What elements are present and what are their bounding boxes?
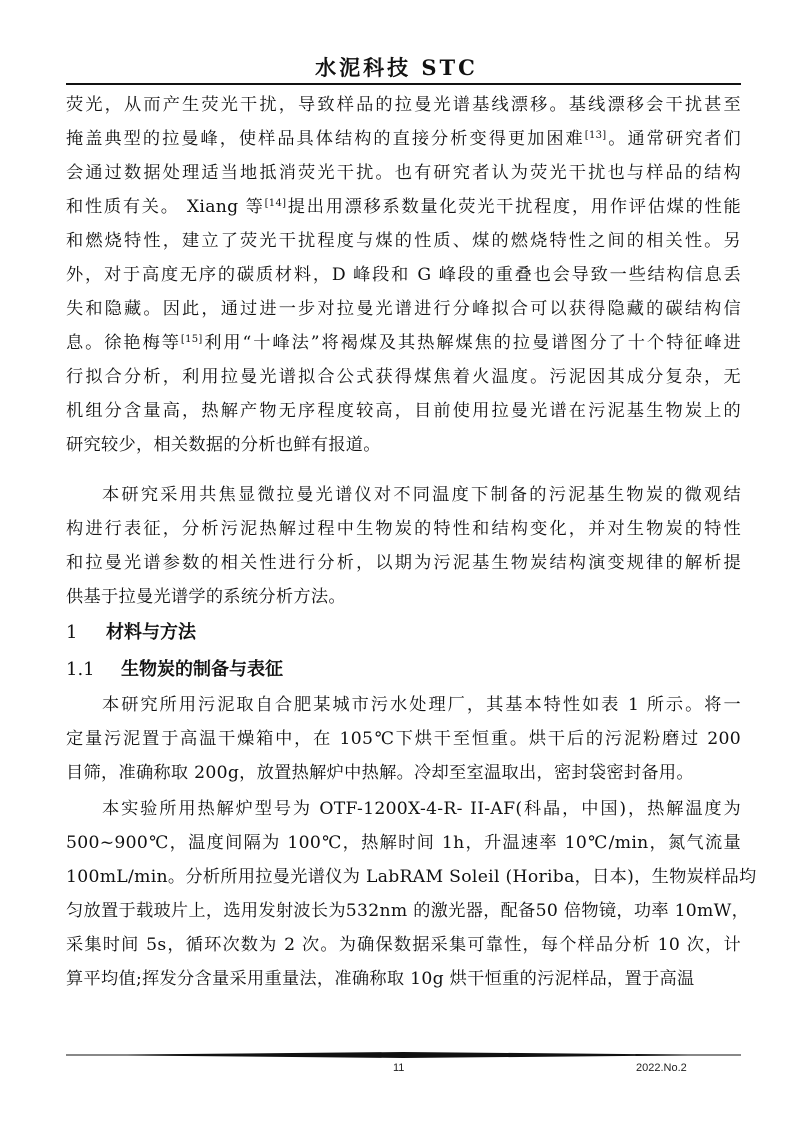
page-number: 11 bbox=[393, 1062, 404, 1074]
text-line: 采集时间 5s，循环次数为 2 次。为确保数据采集可靠性，每个样品分析 10 次… bbox=[66, 928, 741, 962]
citation-ref: [15] bbox=[181, 334, 203, 345]
subsection-title: 生物炭的制备与表征 bbox=[121, 659, 283, 680]
paragraph-gap bbox=[66, 462, 741, 478]
paragraph-fluorescence: 荧光，从而产生荧光干扰，导致样品的拉曼光谱基线漂移。基线漂移会干扰甚至掩盖典型的… bbox=[66, 88, 741, 462]
text-line: 定量污泥置于高温干燥箱中，在 105℃下烘干至恒重。烘干后的污泥粉磨过 200 bbox=[66, 722, 741, 756]
footer-rule bbox=[66, 1052, 741, 1058]
text-line: 算平均值;挥发分含量采用重量法，准确称取 10g 烘干恒重的污泥样品，置于高温 bbox=[66, 962, 741, 996]
text-line: 荧光，从而产生荧光干扰，导致样品的拉曼光谱基线漂移。基线漂移会干扰甚至 bbox=[66, 88, 741, 122]
text-line: 会通过数据处理适当地抵消荧光干扰。也有研究者认为荧光干扰也与样品的结构 bbox=[66, 156, 741, 190]
section-number: 1 bbox=[66, 614, 106, 651]
text-line: 和拉曼光谱参数的相关性进行分析，以期为污泥基生物炭结构演变规律的解析提 bbox=[66, 546, 741, 580]
text-line: 失和隐藏。因此，通过进一步对拉曼光谱进行分峰拟合可以获得隐藏的碳结构信 bbox=[66, 292, 741, 326]
text-line: 构进行表征，分析污泥热解过程中生物炭的特性和结构变化，并对生物炭的特性 bbox=[66, 512, 741, 546]
text-line: 掩盖典型的拉曼峰，使样品具体结构的直接分析变得更加困难[13]。通常研究者们 bbox=[66, 122, 741, 156]
citation-ref: [13] bbox=[585, 130, 607, 141]
paragraph-sludge-source: 本研究所用污泥取自合肥某城市污水处理厂，其基本特性如表 1 所示。将一定量污泥置… bbox=[66, 688, 741, 790]
text-line: 和燃烧特性，建立了荧光干扰程度与煤的性质、煤的燃烧特性之间的相关性。另 bbox=[66, 224, 741, 258]
text-line: 本实验所用热解炉型号为 OTF-1200X-4-R- II-AF(科晶，中国)，… bbox=[66, 792, 741, 826]
issue-label: 2022.No.2 bbox=[636, 1062, 687, 1074]
subsection-number: 1.1 bbox=[66, 651, 121, 688]
text-line: 机组分含量高，热解产物无序程度较高，目前使用拉曼光谱在污泥基生物炭上的 bbox=[66, 394, 741, 428]
header-rule bbox=[66, 83, 741, 85]
section-title: 材料与方法 bbox=[106, 622, 196, 643]
text-line: 和性质有关。 Xiang 等[14]提出用漂移系数量化荧光干扰程度，用作评估煤的… bbox=[66, 190, 741, 224]
text-line: 目筛，准确称取 200g，放置热解炉中热解。冷却至室温取出，密封袋密封备用。 bbox=[66, 756, 741, 790]
text-line: 外，对于高度无序的碳质材料，D 峰段和 G 峰段的重叠也会导致一些结构信息丢 bbox=[66, 258, 741, 292]
paragraph-study-aim: 本研究采用共焦显微拉曼光谱仪对不同温度下制备的污泥基生物炭的微观结构进行表征，分… bbox=[66, 478, 741, 614]
text-line: 本研究采用共焦显微拉曼光谱仪对不同温度下制备的污泥基生物炭的微观结 bbox=[66, 478, 741, 512]
paragraph-experiment-setup: 本实验所用热解炉型号为 OTF-1200X-4-R- II-AF(科晶，中国)，… bbox=[66, 792, 741, 996]
section-heading-1: 1材料与方法 bbox=[66, 614, 741, 651]
section-heading-1-1: 1.1生物炭的制备与表征 bbox=[66, 651, 741, 688]
text-line: 息。徐艳梅等[15]利用“十峰法”将褐煤及其热解煤焦的拉曼谱图分了十个特征峰进 bbox=[66, 326, 741, 360]
article-body: 荧光，从而产生荧光干扰，导致样品的拉曼光谱基线漂移。基线漂移会干扰甚至掩盖典型的… bbox=[66, 88, 741, 996]
text-line: 500~900℃，温度间隔为 100℃，热解时间 1h，升温速率 10℃/min… bbox=[66, 826, 741, 860]
text-line: 供基于拉曼光谱学的系统分析方法。 bbox=[66, 580, 741, 614]
citation-ref: [14] bbox=[265, 198, 287, 209]
text-line: 行拟合分析，利用拉曼光谱拟合公式获得煤焦着火温度。污泥因其成分复杂，无 bbox=[66, 360, 741, 394]
text-line: 匀放置于载玻片上，选用发射波长为532nm 的激光器，配备50 倍物镜，功率 1… bbox=[66, 894, 741, 928]
text-line: 本研究所用污泥取自合肥某城市污水处理厂，其基本特性如表 1 所示。将一 bbox=[66, 688, 741, 722]
text-line: 100mL/min。分析所用拉曼光谱仪为 LabRAM Soleil (Hori… bbox=[66, 860, 741, 894]
text-line: 研究较少，相关数据的分析也鲜有报道。 bbox=[66, 428, 741, 462]
journal-header-title: 水泥科技 STC bbox=[0, 52, 793, 82]
